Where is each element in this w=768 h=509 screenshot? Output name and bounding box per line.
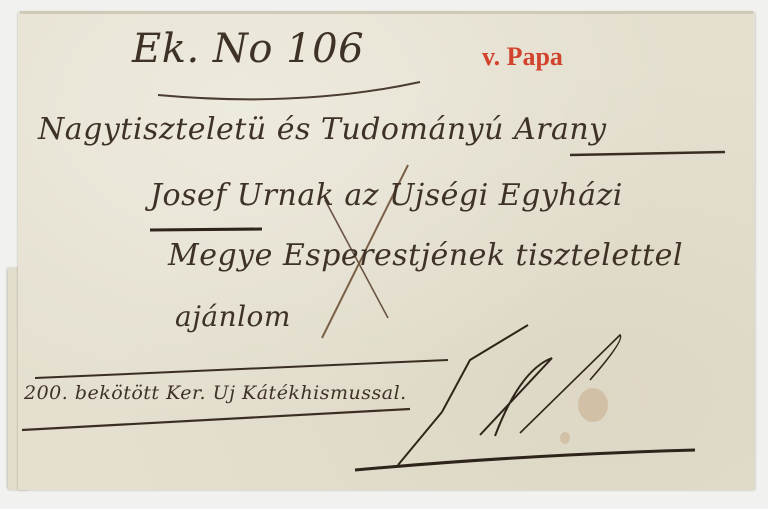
- address-line-3: Megye Esperestjének tisztelettel: [168, 238, 683, 273]
- josef-underline: [150, 229, 262, 230]
- annotation-rule-bottom: [22, 409, 410, 430]
- registry-underline: [158, 82, 420, 99]
- annotation-rule-top: [35, 360, 448, 378]
- signature-underline: [355, 450, 695, 470]
- registry-note: Ek. No 106: [132, 26, 364, 72]
- address-line-2: Josef Urnak az Ujségi Egyházi: [150, 178, 623, 213]
- name-underline: [570, 152, 725, 155]
- address-line-4: ajánlom: [175, 300, 291, 333]
- annotation-note: 200. bekötött Ker. Uj Kátékhismussal.: [24, 382, 407, 404]
- red-postmark: v. Papa: [482, 42, 563, 72]
- address-line-1: Nagytiszteletü és Tudományú Arany: [38, 112, 607, 147]
